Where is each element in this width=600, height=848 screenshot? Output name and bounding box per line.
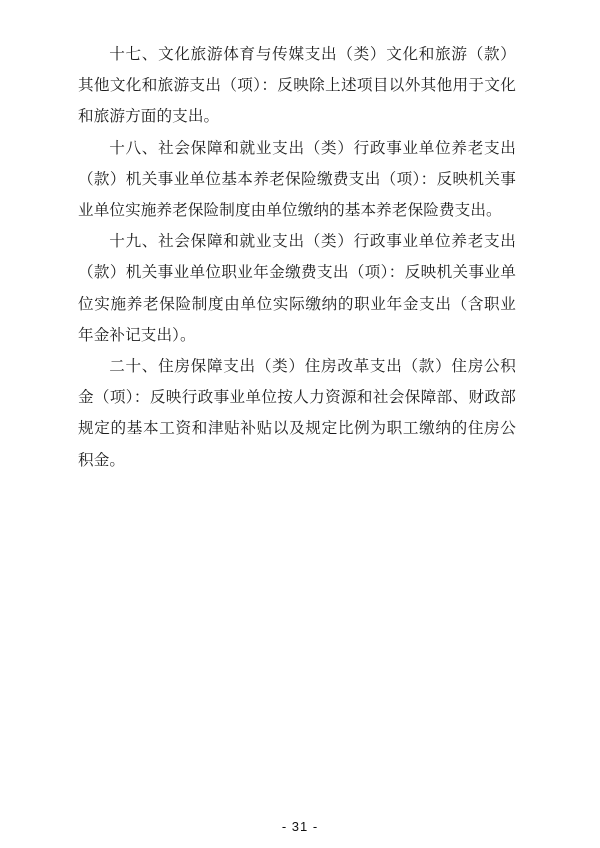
paragraph-item-19: 十九、社会保障和就业支出（类）行政事业单位养老支出（款）机关事业单位职业年金缴费… [78,226,516,351]
paragraph-item-17: 十七、文化旅游体育与传媒支出（类）文化和旅游（款）其他文化和旅游支出（项）：反映… [78,39,516,133]
document-body: 十七、文化旅游体育与传媒支出（类）文化和旅游（款）其他文化和旅游支出（项）：反映… [78,39,516,476]
page-number: - 31 - [282,819,318,835]
document-page: 十七、文化旅游体育与传媒支出（类）文化和旅游（款）其他文化和旅游支出（项）：反映… [0,0,600,848]
page-footer: - 31 - [0,818,600,836]
paragraph-item-20: 二十、住房保障支出（类）住房改革支出（款）住房公积金（项）：反映行政事业单位按人… [78,351,516,476]
paragraph-item-18: 十八、社会保障和就业支出（类）行政事业单位养老支出（款）机关事业单位基本养老保险… [78,133,516,227]
